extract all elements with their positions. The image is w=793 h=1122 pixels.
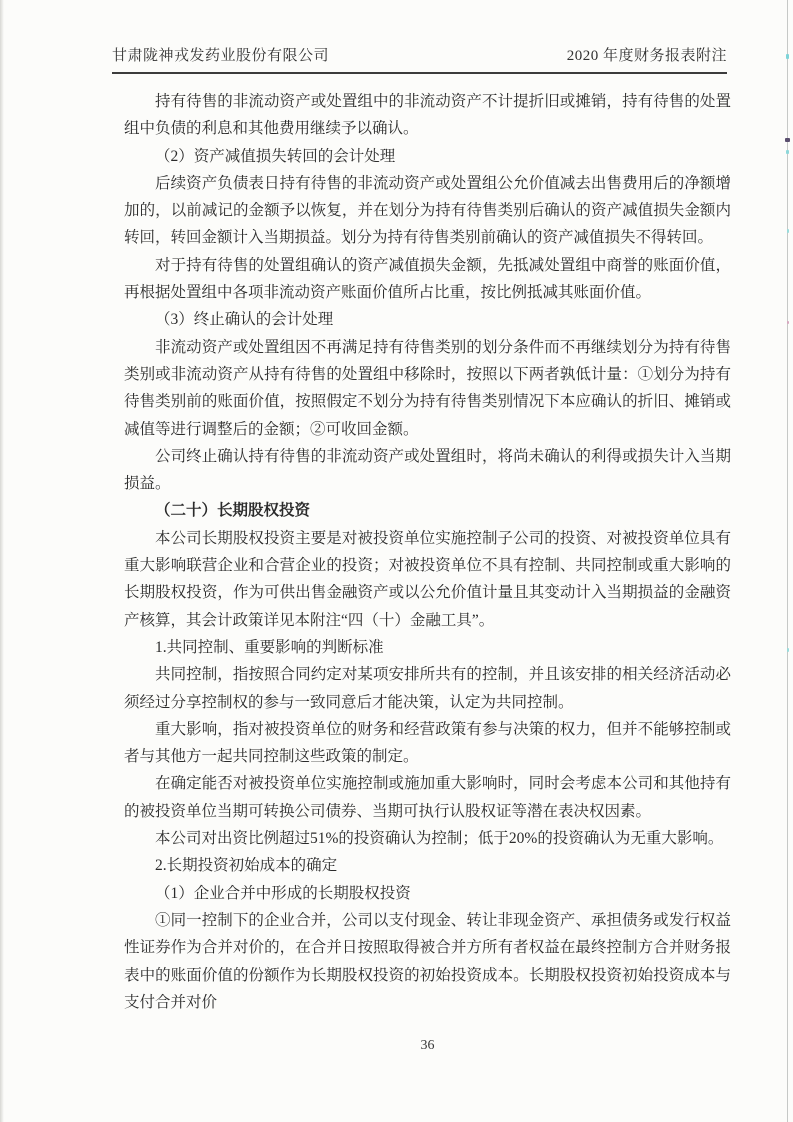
scan-artifact bbox=[787, 229, 789, 233]
heading-initial-cost-determination: 2.长期投资初始成本的确定 bbox=[124, 852, 731, 879]
company-name: 甘肃陇神戎发药业股份有限公司 bbox=[112, 44, 329, 65]
scan-artifact bbox=[787, 648, 789, 652]
paragraph-ownership-thresholds: 本公司对出资比例超过51%的投资确认为控制；低于20%的投资确认为无重大影响。 bbox=[124, 825, 731, 852]
page-header: 甘肃陇神戎发药业股份有限公司 2020 年度财务报表附注 bbox=[112, 44, 727, 74]
paragraph-significant-influence-definition: 重大影响，指对被投资单位的财务和经营政策有参与决策的权力，但并不能够控制或者与其… bbox=[124, 716, 731, 771]
heading-joint-control-criteria: 1.共同控制、重要影响的判断标准 bbox=[124, 634, 731, 661]
paragraph-derecognition-gain-loss: 公司终止确认持有待售的非流动资产或处置组时，将尚未确认的利得或损失计入当期损益。 bbox=[124, 443, 731, 498]
report-title: 2020 年度财务报表附注 bbox=[567, 44, 727, 65]
scan-artifact bbox=[785, 138, 790, 142]
scan-artifact bbox=[786, 150, 789, 154]
heading-business-combination-lte: （1）企业合并中形成的长期股权投资 bbox=[124, 880, 731, 907]
paragraph-held-for-sale-no-depreciation: 持有待售的非流动资产或处置组中的非流动资产不计提折旧或摊销，持有待售的处置组中负… bbox=[124, 88, 731, 143]
scan-right-edge-line bbox=[787, 0, 788, 1122]
page-number: 36 bbox=[421, 1038, 435, 1053]
heading-impairment-reversal-accounting: （2）资产减值损失转回的会计处理 bbox=[124, 143, 731, 170]
scan-artifact bbox=[786, 54, 789, 59]
document-page: 甘肃陇神戎发药业股份有限公司 2020 年度财务报表附注 持有待售的非流动资产或… bbox=[0, 0, 793, 1122]
scan-artifact bbox=[787, 321, 789, 324]
paragraph-disposal-group-goodwill-offset: 对于持有待售的处置组确认的资产减值损失金额，先抵减处置组中商誉的账面价值，再根据… bbox=[124, 252, 731, 307]
paragraph-common-control-combination: ①同一控制下的企业合并，公司以支付现金、转让非现金资产、承担债务或发行权益性证券… bbox=[124, 907, 731, 1016]
paragraph-lte-investment-scope: 本公司长期股权投资主要是对被投资单位实施控制子公司的投资、对被投资单位具有重大影… bbox=[124, 525, 731, 634]
paragraph-joint-control-definition: 共同控制，指按照合同约定对某项安排所共有的控制，并且该安排的相关经济活动必须经过… bbox=[124, 661, 731, 716]
paragraph-impairment-reversal-rule: 后续资产负债表日持有待售的非流动资产或处置组公允价值减去出售费用后的净额增加的，… bbox=[124, 170, 731, 252]
document-body: 持有待售的非流动资产或处置组中的非流动资产不计提折旧或摊销，持有待售的处置组中负… bbox=[124, 88, 731, 1016]
paragraph-reclassification-measurement: 非流动资产或处置组因不再满足持有待售类别的划分条件而不再继续划分为持有待售类别或… bbox=[124, 334, 731, 443]
paragraph-potential-voting-rights: 在确定能否对被投资单位实施控制或施加重大影响时，同时会考虑本公司和其他持有的被投… bbox=[124, 770, 731, 825]
heading-derecognition-accounting: （3）终止确认的会计处理 bbox=[124, 306, 731, 333]
section-heading-long-term-equity-investment: （二十）长期股权投资 bbox=[124, 497, 731, 524]
scan-left-edge-shade bbox=[0, 0, 4, 1122]
page-footer: 36 bbox=[124, 1038, 731, 1054]
